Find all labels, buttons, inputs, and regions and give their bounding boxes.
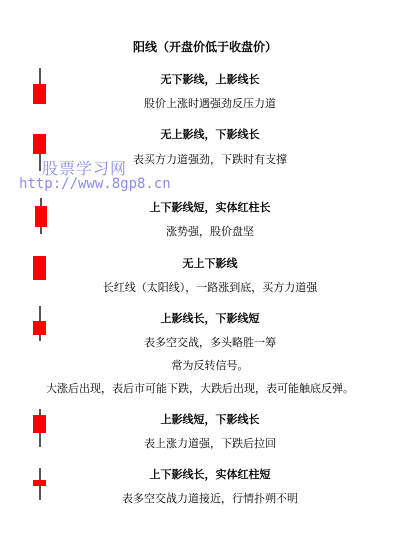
item-description: 长红线（太阳线），一路涨到底，买方力道强 xyxy=(20,279,400,295)
item-description: 表上涨力道强，下跌后拉回 xyxy=(20,435,400,451)
item-description: 股价上涨时遇强劲反压力道 xyxy=(20,95,400,111)
item-heading: 上影线短，下影线长 xyxy=(20,411,400,427)
item-description: 大涨后出现，表后市可能下跌，大跌后出现，表可能触底反弹。 xyxy=(10,380,390,396)
item-heading: 无上影线，下影线长 xyxy=(20,126,400,142)
item-heading: 无下影线，上影线长 xyxy=(20,71,400,87)
item-heading: 上下影线长，实体红柱短 xyxy=(20,466,400,482)
item-description: 常为反转信号。 xyxy=(20,357,400,373)
item-heading: 上下影线短，实体红柱长 xyxy=(20,199,400,215)
item-description: 表多空交战力道接近，行情扑朔不明 xyxy=(20,490,400,506)
item-heading: 上影线长，下影线短 xyxy=(20,310,400,326)
item-description: 表多空交战，多头略胜一筹 xyxy=(20,334,400,350)
page-title: 阳线（开盘价低于收盘价） xyxy=(0,38,400,55)
item-description: 涨势强，股价盘坚 xyxy=(20,223,400,239)
item-heading: 无上下影线 xyxy=(20,255,400,271)
watermark-url: http://www.8gp8.cn xyxy=(19,176,171,192)
